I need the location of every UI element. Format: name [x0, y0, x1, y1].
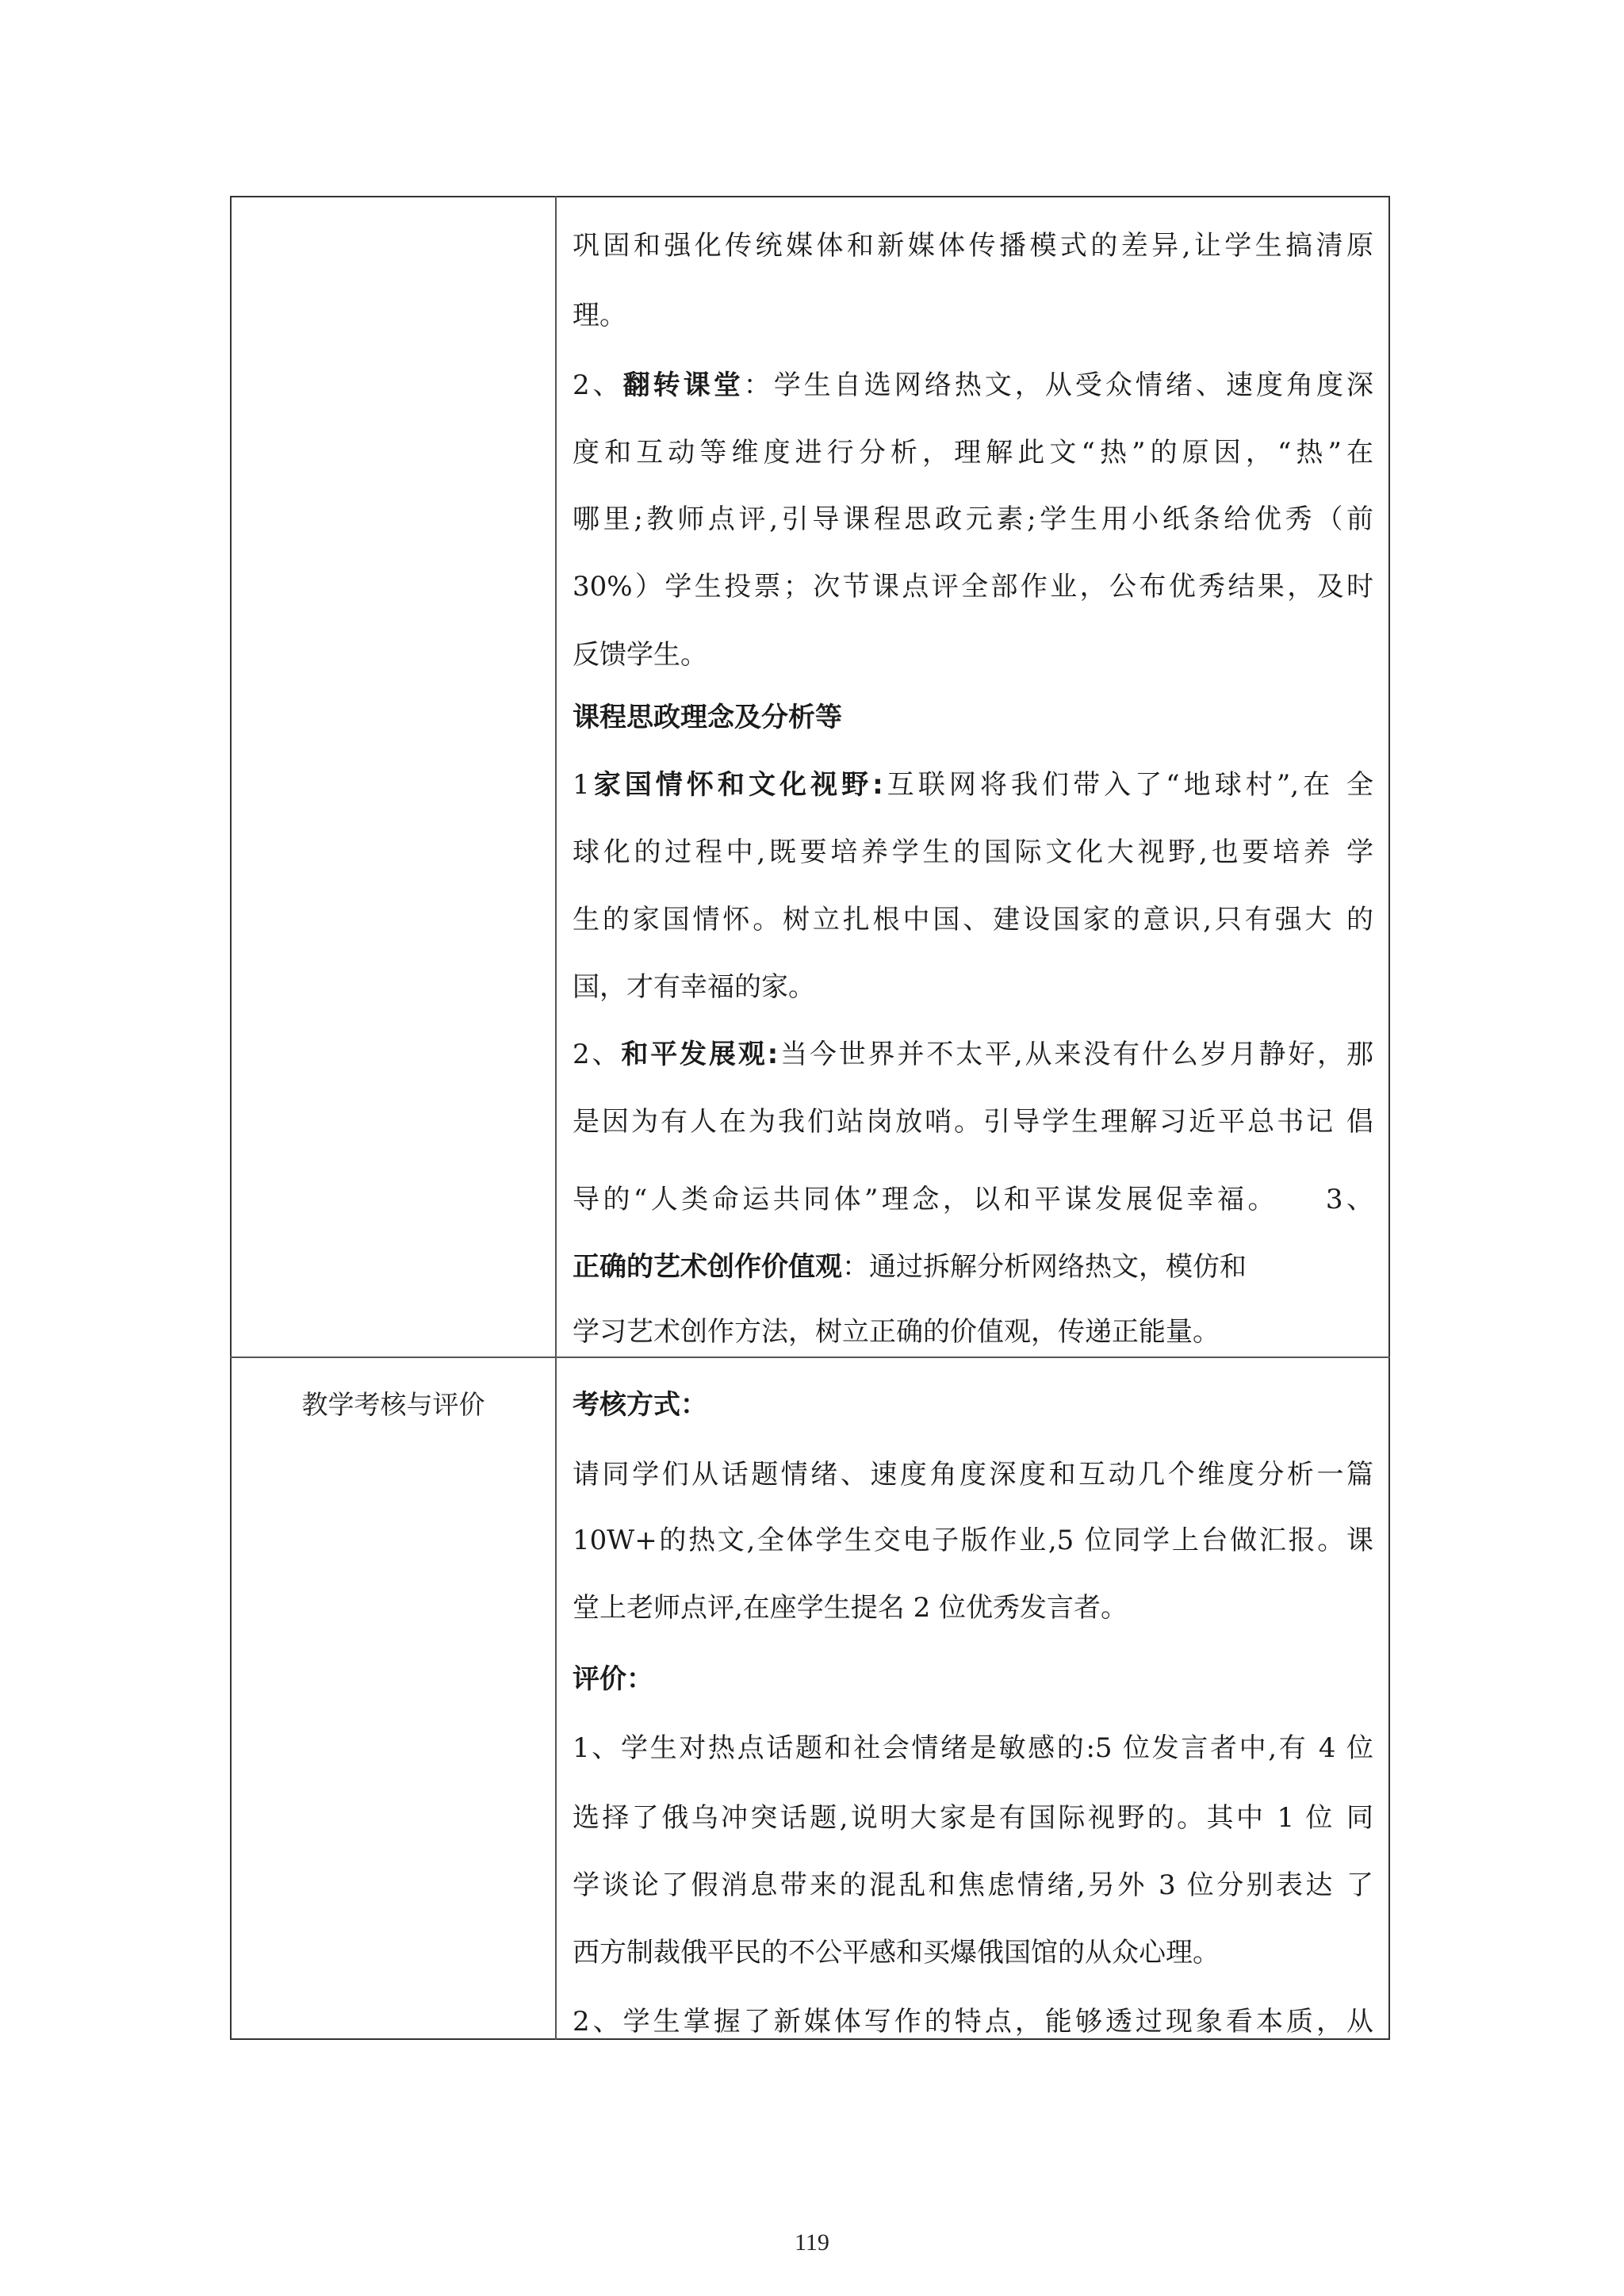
text-line: 生的家国情怀。树立扎根中国、建设国家的意识,只有强大 的 [573, 904, 1373, 936]
bold-term: 家国情怀和文化视野: [590, 769, 883, 801]
row-divider [230, 1357, 1390, 1358]
patriotism-line: 1家国情怀和文化视野:互联网将我们带入了“地球村”,在 全 [573, 769, 1373, 801]
text-line: 学习艺术创作方法，树立正确的价值观，传递正能量。 [573, 1316, 1373, 1348]
text-line: 度和互动等维度进行分析，理解此文“热”的原因，“热”在 [573, 437, 1373, 469]
list-number: 1 [573, 769, 590, 801]
flipped-classroom-line: 2、翻转课堂：学生自选网络热文，从受众情绪、速度角度深 [573, 369, 1373, 401]
section-heading: 课程思政理念及分析等 [573, 702, 1373, 733]
text-run: 当今世界并不太平,从来没有什么岁月静好，那 [778, 1039, 1373, 1070]
text-line: 选择了俄乌冲突话题,说明大家是有国际视野的。其中 1 位 同 [573, 1802, 1373, 1834]
text-line: 西方制裁俄平民的不公平感和买爆俄国馆的从众心理。 [573, 1937, 1373, 1969]
bold-term: 正确的艺术创作价值观 [573, 1251, 842, 1283]
text-run: ：通过拆解分析网络热文，模仿和 [842, 1251, 1247, 1283]
list-number: 2、 [573, 1039, 621, 1070]
section-heading: 考核方式： [573, 1389, 1373, 1421]
text-line: 1、学生对热点话题和社会情绪是敏感的:5 位发言者中,有 4 位 [573, 1732, 1373, 1764]
text-line: 巩固和强化传统媒体和新媒体传播模式的差异,让学生搞清原 [573, 230, 1373, 262]
list-number: 2、 [573, 369, 623, 401]
text-line: 理。 [573, 300, 1373, 331]
text-line: 国，才有幸福的家。 [573, 971, 1373, 1003]
text-line: 学谈论了假消息带来的混乱和焦虑情绪,另外 3 位分别表达 了 [573, 1869, 1373, 1901]
text-line: 是因为有人在为我们站岗放哨。引导学生理解习近平总书记 倡 [573, 1106, 1373, 1138]
text-line: 30%）学生投票；次节课点评全部作业，公布优秀结果，及时 [573, 571, 1373, 603]
text-run: 互联网将我们带入了“地球村”,在 全 [883, 769, 1373, 801]
art-values-line: 正确的艺术创作价值观：通过拆解分析网络热文，模仿和 [573, 1251, 1254, 1283]
section-heading: 评价： [573, 1663, 1373, 1695]
text-line: 2、学生掌握了新媒体写作的特点，能够透过现象看本质，从 [573, 2006, 1373, 2038]
page-number: 119 [0, 2229, 1624, 2256]
text-line: 堂上老师点评,在座学生提名 2 位优秀发言者。 [573, 1592, 1373, 1624]
bold-term: 和平发展观: [621, 1039, 778, 1070]
text-line: 10W+的热文,全体学生交电子版作业,5 位同学上台做汇报。课 [573, 1525, 1373, 1556]
row-label-assessment: 教学考核与评价 [232, 1389, 555, 1421]
bold-term: 翻转课堂 [623, 369, 744, 401]
text-line: 导的“人类命运共同体”理念，以和平谋发展促幸福。 3、 [573, 1184, 1373, 1215]
text-line: 球化的过程中,既要培养学生的国际文化大视野,也要培养 学 [573, 836, 1373, 868]
text-line: 哪里;教师点评,引导课程思政元素;学生用小纸条给优秀（前 [573, 503, 1373, 535]
text-run: ：学生自选网络热文，从受众情绪、速度角度深 [744, 369, 1373, 401]
text-line: 请同学们从话题情绪、速度角度深度和互动几个维度分析一篇 [573, 1459, 1373, 1490]
text-line: 反馈学生。 [573, 639, 1373, 671]
peace-development-line: 2、和平发展观:当今世界并不太平,从来没有什么岁月静好，那 [573, 1039, 1373, 1070]
column-divider [555, 196, 557, 2040]
